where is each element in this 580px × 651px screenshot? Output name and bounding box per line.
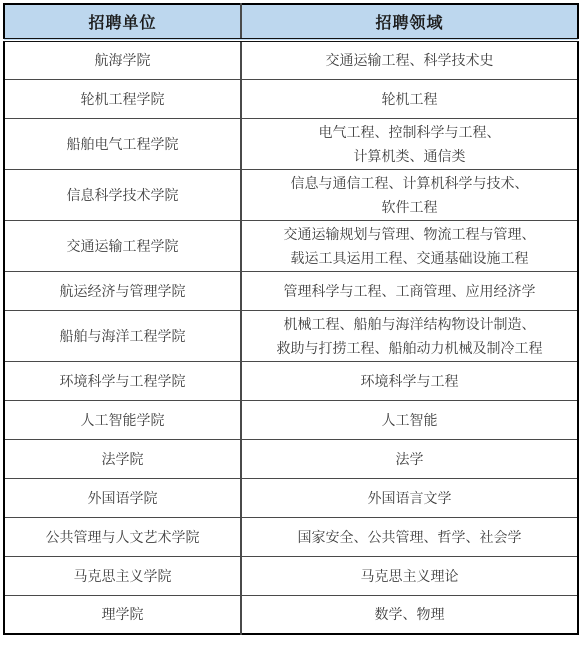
unit-cell: 航运经济与管理学院 [4,271,241,310]
field-cell: 法学 [241,439,578,478]
unit-cell: 信息科学技术学院 [4,169,241,220]
field-cell: 电气工程、控制科学与工程、 计算机类、通信类 [241,118,578,169]
field-cell: 环境科学与工程 [241,361,578,400]
unit-cell: 公共管理与人文艺术学院 [4,517,241,556]
table-row: 航运经济与管理学院 管理科学与工程、工商管理、应用经济学 [4,271,578,310]
table-row: 人工智能学院 人工智能 [4,400,578,439]
header-row: 招聘单位 招聘领域 [4,4,578,40]
unit-cell: 轮机工程学院 [4,79,241,118]
field-cell: 交通运输规划与管理、物流工程与管理、 载运工具运用工程、交通基础设施工程 [241,220,578,271]
table-row: 外国语学院 外国语言文学 [4,478,578,517]
field-cell: 机械工程、船舶与海洋结构物设计制造、 救助与打捞工程、船舶动力机械及制冷工程 [241,310,578,361]
recruitment-table: 招聘单位 招聘领域 航海学院 交通运输工程、科学技术史 轮机工程学院 轮机工程 … [3,3,579,635]
column-header-field: 招聘领域 [241,4,578,40]
table-row: 马克思主义学院 马克思主义理论 [4,556,578,595]
field-cell: 马克思主义理论 [241,556,578,595]
field-cell: 数学、物理 [241,595,578,634]
table-row: 轮机工程学院 轮机工程 [4,79,578,118]
unit-cell: 理学院 [4,595,241,634]
table-row: 船舶与海洋工程学院 机械工程、船舶与海洋结构物设计制造、 救助与打捞工程、船舶动… [4,310,578,361]
unit-cell: 马克思主义学院 [4,556,241,595]
unit-cell: 交通运输工程学院 [4,220,241,271]
field-cell: 国家安全、公共管理、哲学、社会学 [241,517,578,556]
field-cell: 管理科学与工程、工商管理、应用经济学 [241,271,578,310]
column-header-unit: 招聘单位 [4,4,241,40]
unit-cell: 外国语学院 [4,478,241,517]
field-cell: 交通运输工程、科学技术史 [241,40,578,79]
unit-cell: 人工智能学院 [4,400,241,439]
document-page: 招聘单位 招聘领域 航海学院 交通运输工程、科学技术史 轮机工程学院 轮机工程 … [0,0,580,651]
field-cell: 轮机工程 [241,79,578,118]
table-row: 理学院 数学、物理 [4,595,578,634]
field-cell: 外国语言文学 [241,478,578,517]
field-cell: 人工智能 [241,400,578,439]
unit-cell: 船舶与海洋工程学院 [4,310,241,361]
unit-cell: 船舶电气工程学院 [4,118,241,169]
table-row: 公共管理与人文艺术学院 国家安全、公共管理、哲学、社会学 [4,517,578,556]
field-cell: 信息与通信工程、计算机科学与技术、 软件工程 [241,169,578,220]
unit-cell: 法学院 [4,439,241,478]
table-row: 交通运输工程学院 交通运输规划与管理、物流工程与管理、 载运工具运用工程、交通基… [4,220,578,271]
table-row: 环境科学与工程学院 环境科学与工程 [4,361,578,400]
table-row: 航海学院 交通运输工程、科学技术史 [4,40,578,79]
table-row: 信息科学技术学院 信息与通信工程、计算机科学与技术、 软件工程 [4,169,578,220]
table-row: 船舶电气工程学院 电气工程、控制科学与工程、 计算机类、通信类 [4,118,578,169]
table-row: 法学院 法学 [4,439,578,478]
unit-cell: 航海学院 [4,40,241,79]
unit-cell: 环境科学与工程学院 [4,361,241,400]
